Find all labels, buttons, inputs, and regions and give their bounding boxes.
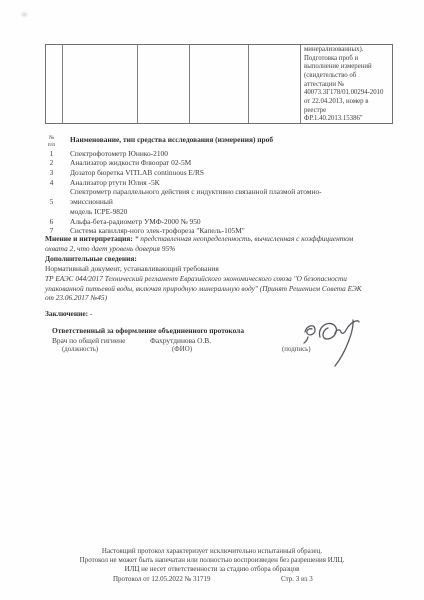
equipment-row: 5 эмиссионный — [45, 197, 390, 207]
equipment-row: 4 Анализатор ртути Юлия -5К — [45, 178, 390, 188]
scan-speck — [20, 11, 29, 18]
name-caption: (ФИО) — [172, 346, 192, 353]
equipment-row: 6 Альфа-бета-радиометр УМФ-2000 № 950 — [45, 217, 390, 227]
table-empty-cell — [190, 45, 249, 123]
opinion-section: Мнение и интерпретация: * представленная… — [45, 234, 375, 319]
page-number: Стр. 3 из 3 — [281, 575, 313, 584]
table-method-cell: минерализованных). Подготовка проб и вып… — [301, 45, 392, 123]
regulation-text: ТР ЕАЭС 044/2017 Технический регламент Е… — [45, 274, 375, 304]
opinion-line2: охвата 2, что дает уровень доверия 95% — [45, 244, 375, 254]
opinion-line1: Мнение и интерпретация: * представленная… — [45, 234, 375, 244]
equipment-list: № п/п Наименование, тип средства исследо… — [45, 135, 390, 236]
normative-doc-line: Нормативный документ, устанавливающий тр… — [45, 264, 375, 274]
opinion-label: Мнение и интерпретация: — [45, 234, 133, 243]
equipment-header-row: № п/п Наименование, тип средства исследо… — [45, 135, 390, 149]
protocol-reference: Протокол от 12.05.2022 № 31719 — [113, 575, 211, 584]
scanned-protocol-page: минерализованных). Подготовка проб и вып… — [0, 0, 424, 600]
equipment-row: модель ICPE-9820 — [45, 207, 390, 217]
table-empty-cell — [63, 45, 138, 123]
table-empty-cell — [138, 45, 190, 123]
footer-line2: Протокол не может быть напечатан или пол… — [0, 556, 424, 565]
signature-strokes — [304, 320, 359, 366]
opinion-text: * представленная неопределенность, вычис… — [135, 234, 354, 243]
footer-last-row: Протокол от 12.05.2022 № 31719 Стр. 3 из… — [0, 575, 424, 585]
equipment-row: 2 Анализатор жидкости Флюорат 02-5М — [45, 158, 390, 168]
position-caption: (должность) — [62, 346, 98, 353]
equipment-row: Спектрометр параллельного действия с инд… — [45, 187, 390, 197]
conclusion-value: - — [90, 309, 92, 318]
footer: Настоящий протокол характеризует исключи… — [0, 547, 424, 585]
signoff-position: Врач по общей гигиене — [52, 336, 125, 345]
additional-info-label: Дополнительные сведения: — [45, 254, 375, 264]
footer-line1: Настоящий протокол характеризует исключи… — [0, 547, 424, 556]
signoff-name: Фахрутдинова О.В. — [150, 336, 211, 345]
continuation-table: минерализованных). Подготовка проб и вып… — [45, 44, 393, 124]
signature-ink-icon — [295, 308, 367, 370]
table-empty-cell — [249, 45, 301, 123]
table-empty-cell — [46, 45, 63, 123]
equipment-header: Наименование, тип средства исследования … — [70, 135, 390, 149]
conclusion-label: Заключение: — [45, 309, 88, 318]
num-column-header: № п/п — [45, 135, 58, 149]
equipment-row: 3 Дозатор бюретка VITLAB continuous E/RS — [45, 168, 390, 178]
footer-line3: ИЛЦ не несет ответственности за стадию о… — [0, 565, 424, 574]
equipment-row: 1 Спектрофотометр Юнико-2100 — [45, 149, 390, 159]
